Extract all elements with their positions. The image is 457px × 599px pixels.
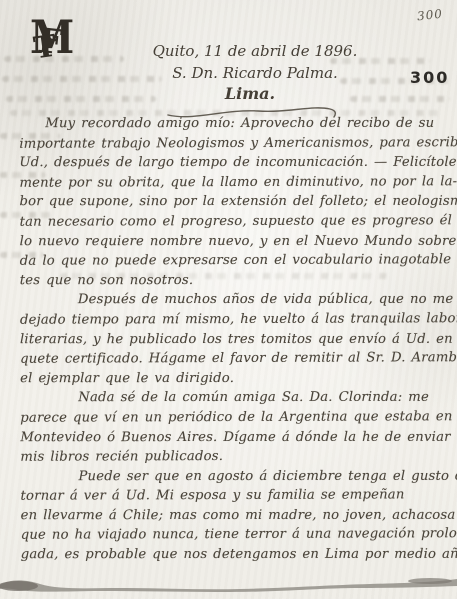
manuscript-line: bor que supone, sino por la extensión de… — [20, 192, 438, 212]
bleedthrough-ghost — [350, 96, 450, 102]
manuscript-line: mente por su obrita, que la llamo en dim… — [19, 172, 437, 193]
paragraph: Muy recordado amigo mío: Aprovecho del r… — [19, 113, 438, 291]
manuscript-line: Montevideo ó Buenos Aires. Dígame á dónd… — [20, 427, 438, 447]
manuscript-line: quete certificado. Hágame el favor de re… — [20, 348, 438, 369]
penciled-number: 300 — [416, 7, 443, 24]
manuscript-line: importante trabajo Neologismos y America… — [19, 133, 437, 154]
letter-body: Muy recordado amigo mío: Aprovecho del r… — [19, 113, 439, 565]
recipient-line: S. Dn. Ricardo Palma. — [130, 64, 380, 82]
manuscript-line: parece que ví en un periódico de la Arge… — [20, 407, 438, 428]
manuscript-line: tes que no son nosotros. — [20, 271, 438, 291]
scan-edge-smudge — [0, 575, 457, 599]
manuscript-line: mis libros recién publicados. — [20, 446, 438, 467]
manuscript-line: da lo que no puede expresarse con el voc… — [20, 250, 438, 271]
monogram-icon: MFT — [28, 12, 80, 74]
manuscript-line: lo nuevo requiere nombre nuevo, y en el … — [20, 231, 438, 251]
manuscript-line: Después de muchos años de vida pública, … — [20, 290, 438, 310]
bleedthrough-ghost — [6, 96, 156, 102]
place-line: Lima. — [160, 84, 340, 103]
manuscript-line: Nada sé de la común amiga Sa. Da. Clorin… — [20, 388, 438, 408]
manuscript-line: en llevarme á Chile; mas como mi madre, … — [21, 506, 439, 526]
manuscript-line: tornar á ver á Ud. Mi esposa y su famili… — [21, 486, 439, 507]
manuscript-line: que no ha viajado nunca, tiene terror á … — [21, 525, 439, 546]
manuscript-line: gada, es probable que nos detengamos en … — [21, 545, 439, 565]
paragraph: Después de muchos años de vida pública, … — [20, 290, 438, 389]
manuscript-line: dejado tiempo para mí mismo, he vuelto á… — [20, 309, 438, 330]
manuscript-line: Puede ser que en agosto á diciembre teng… — [20, 467, 438, 487]
stamped-number: 300 — [410, 68, 449, 87]
manuscript-line: Ud., después de largo tiempo de incomuni… — [19, 153, 437, 173]
paragraph: Puede ser que en agosto á diciembre teng… — [20, 466, 438, 565]
manuscript-line: literarias, y he publicado los tres tomi… — [20, 329, 438, 349]
manuscript-line: tan necesario como el progreso, supuesto… — [20, 211, 438, 232]
dateline: Quito, 11 de abril de 1896. — [120, 42, 390, 60]
paragraph: Nada sé de la común amiga Sa. Da. Clorin… — [20, 388, 438, 468]
manuscript-line: Muy recordado amigo mío: Aprovecho del r… — [19, 114, 437, 134]
manuscript-line: el ejemplar que le va dirigido. — [20, 369, 438, 389]
letter-page: MFT 300 300 Quito, 11 de abril de 1896. … — [0, 0, 457, 599]
